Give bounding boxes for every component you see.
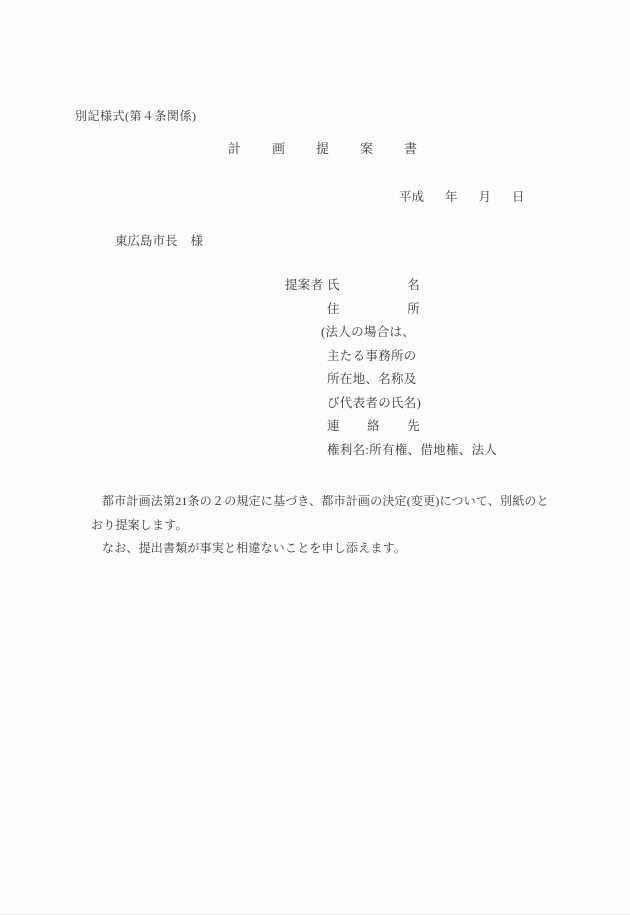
date-line: 平成 年 月 日 bbox=[399, 191, 525, 204]
proposer-label: 提案者 bbox=[285, 279, 323, 292]
date-day-label: 日 bbox=[512, 191, 525, 204]
proposer-contact-row: 連 絡 先 bbox=[327, 420, 420, 433]
name-label-last-char: 名 bbox=[407, 279, 420, 292]
address-label-last-char: 所 bbox=[407, 303, 420, 316]
date-year-label: 年 bbox=[445, 191, 458, 204]
form-note: 別記様式(第４条関係) bbox=[75, 110, 197, 122]
corporate-note-line-2: 主たる事務所の bbox=[327, 350, 417, 363]
proposer-name-row: 氏 名 bbox=[327, 279, 420, 292]
corporate-note-line-4: び代表者の氏名) bbox=[327, 397, 421, 410]
name-label-first-char: 氏 bbox=[327, 279, 340, 292]
body-paragraph-line-2: おり提案します。 bbox=[91, 519, 188, 531]
contact-label-char-1: 連 bbox=[327, 420, 340, 433]
body-paragraph-line-3: なお、提出書類が事実と相違ないことを申し添えます。 bbox=[102, 542, 406, 554]
contact-label-char-2: 絡 bbox=[367, 420, 380, 433]
proposer-address-row: 住 所 bbox=[327, 303, 420, 316]
date-era-label: 平成 bbox=[399, 191, 424, 204]
body-paragraph-line-1: 都市計画法第21条の２の規定に基づき、都市計画の決定(変更)について、別紙のと bbox=[102, 495, 549, 507]
document-title: 計画提案書 bbox=[228, 142, 448, 155]
addressee-honorific: 様 bbox=[191, 235, 204, 248]
corporate-note-line-3: 所在地、名称及 bbox=[327, 373, 417, 386]
contact-label-char-3: 先 bbox=[407, 420, 420, 433]
date-month-label: 月 bbox=[479, 191, 492, 204]
corporate-note-line-1: (法人の場合は、 bbox=[321, 326, 415, 339]
address-label-first-char: 住 bbox=[327, 303, 340, 316]
addressee-line: 東広島市長 様 bbox=[115, 235, 203, 248]
addressee-name: 東広島市長 bbox=[115, 235, 178, 248]
document-page: 別記様式(第４条関係) 計画提案書 平成 年 月 日 東広島市長 様 提案者 氏… bbox=[0, 0, 630, 915]
proposer-rights-row: 権利名:所有権、借地権、法人 bbox=[327, 444, 497, 457]
